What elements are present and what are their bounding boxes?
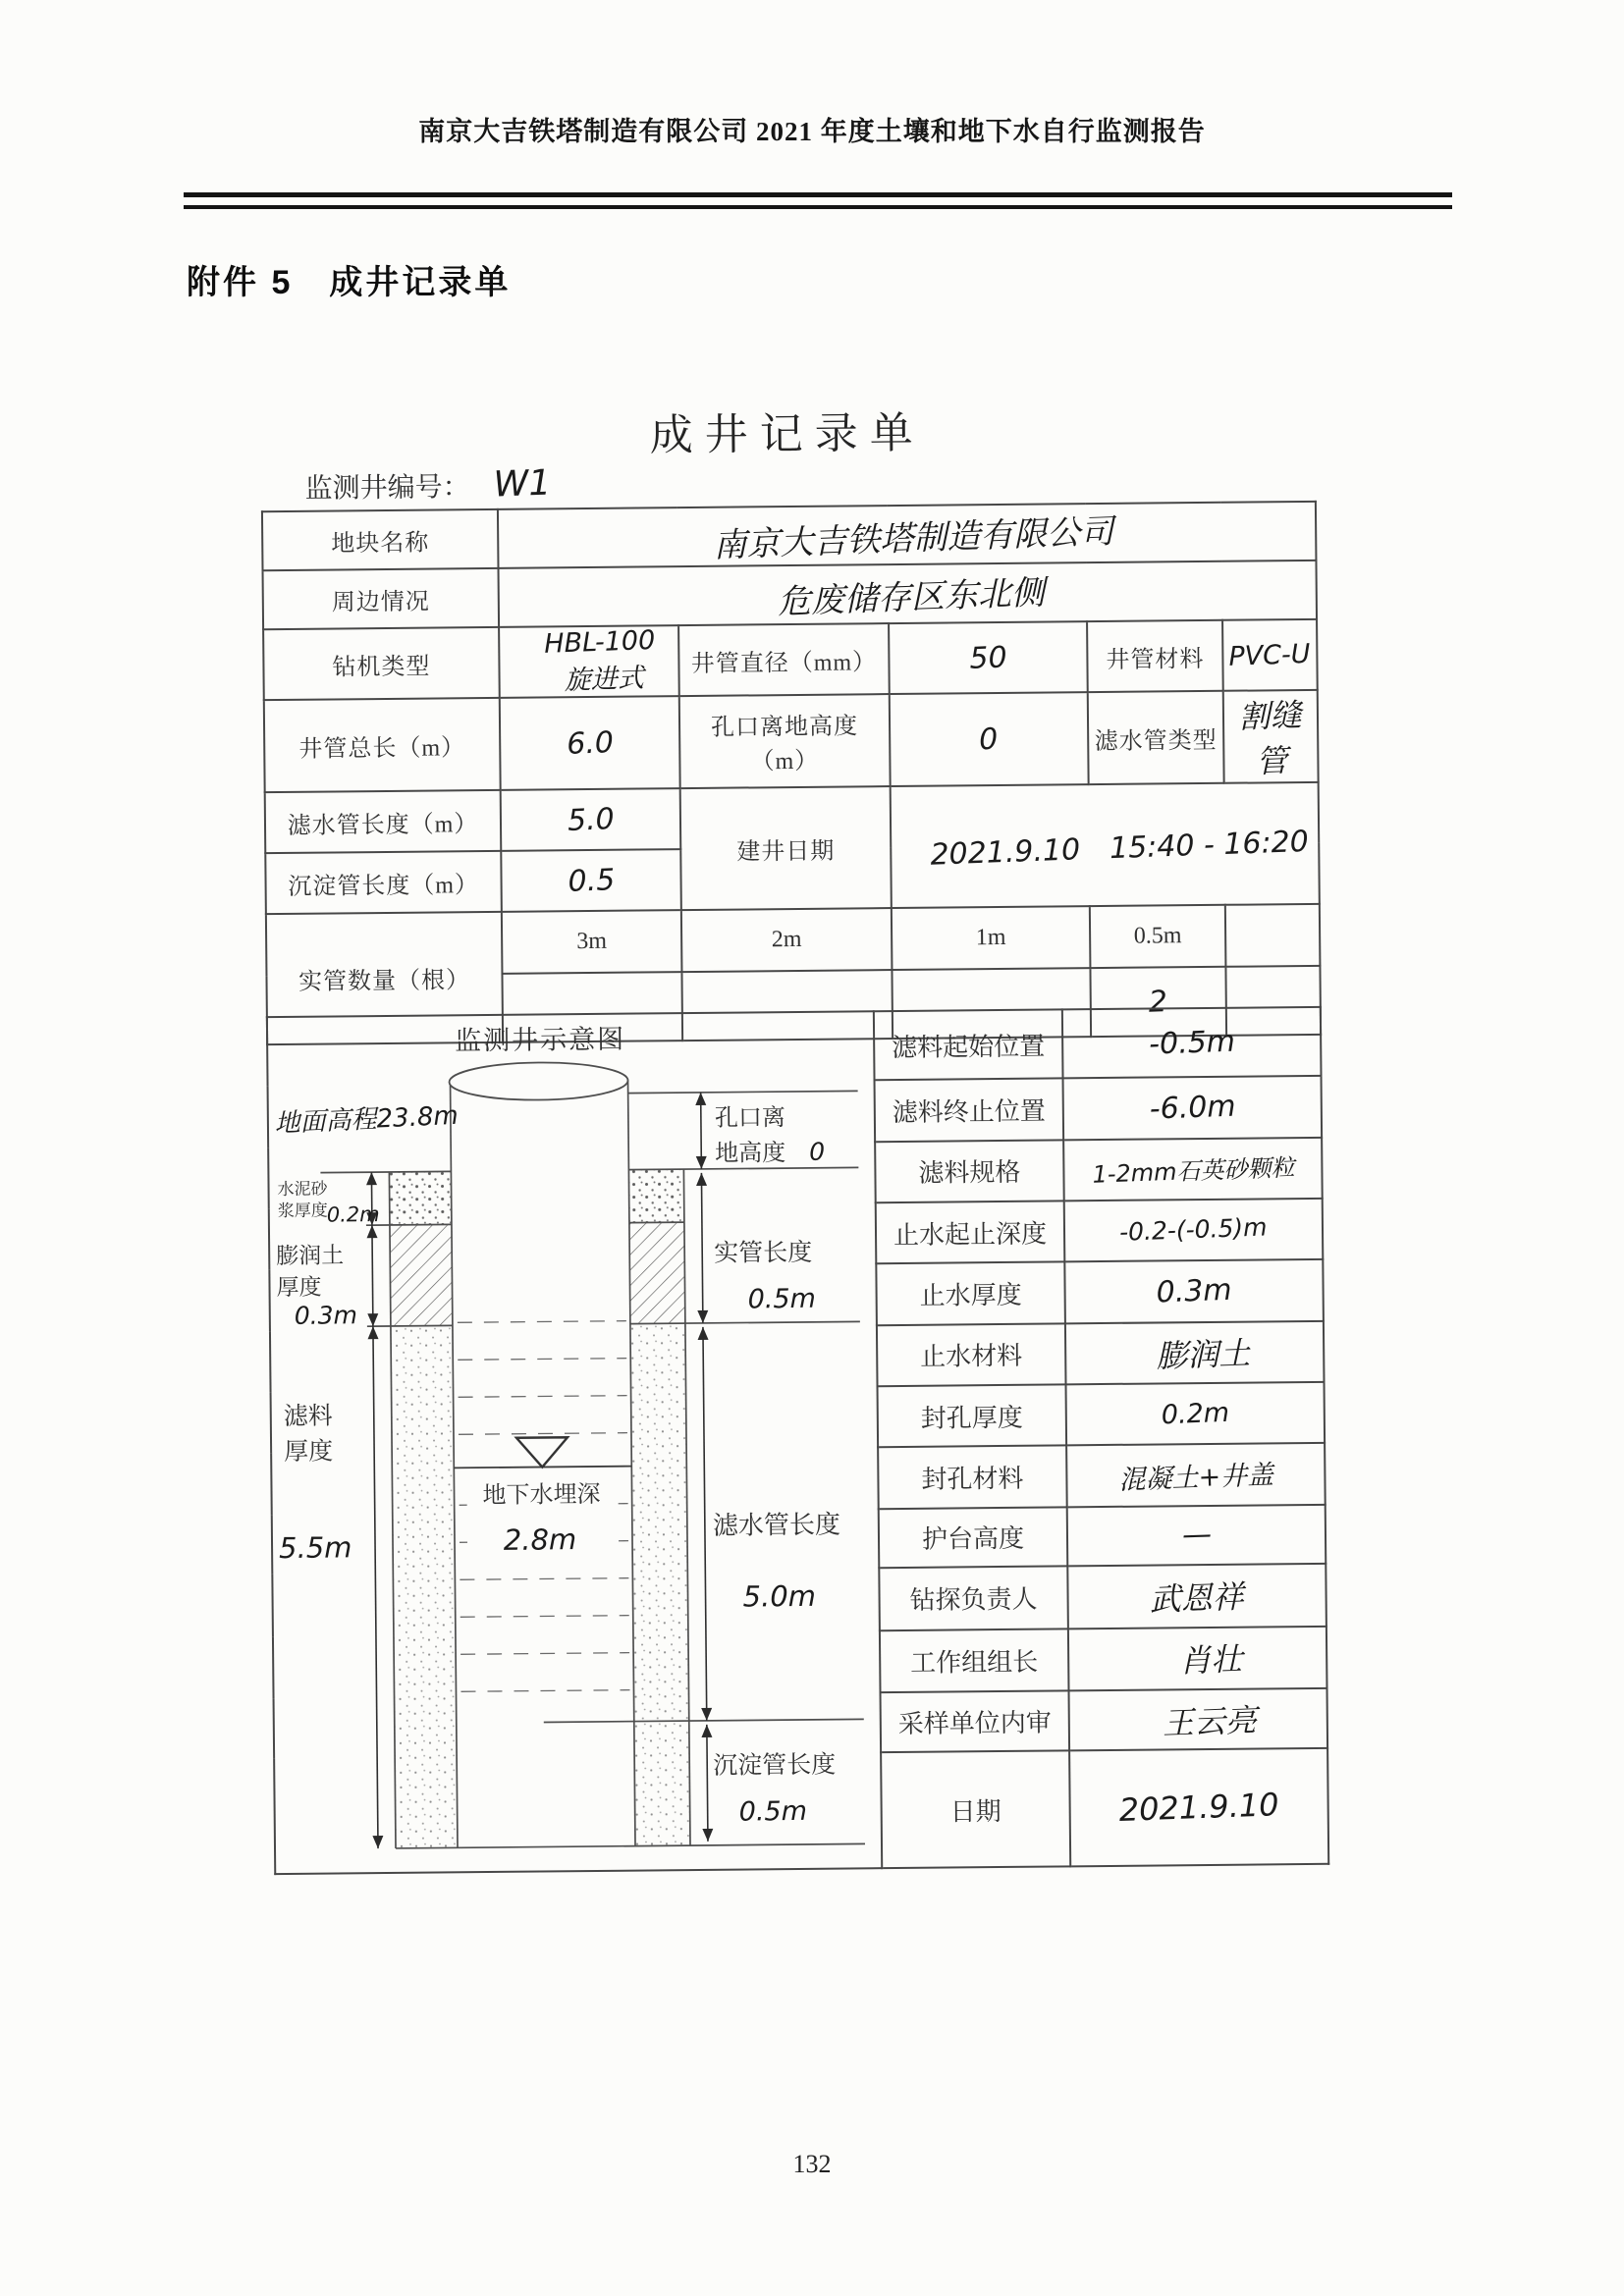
pipe-total-length-label: 井管总长（m） (264, 698, 501, 792)
bentonite-label-line2: 厚度 (276, 1275, 321, 1300)
cement-thickness-value: 0.2m (327, 1202, 380, 1227)
well-number-value: W1 (493, 463, 552, 506)
detail-value: 2021.9.10 (1118, 1786, 1279, 1829)
sediment-section-label: 沉淀管长度 (713, 1751, 836, 1780)
detail-value: 混凝土+井盖 (1117, 1453, 1273, 1497)
bentonite-label-line1: 膨润土 (276, 1243, 344, 1268)
well-diagram-cell: 监测井示意图 水泥砂 浆厚度 膨润土 厚度 滤料 厚度 孔口离 地高度 实管长度… (267, 1011, 882, 1874)
detail-value: 0.2m (1161, 1398, 1229, 1430)
settling-length-cell: 0.5 (501, 849, 681, 912)
filter-label-line1: 滤料 (284, 1403, 333, 1430)
detail-value-cell: 膨润土 (1065, 1321, 1325, 1385)
table-row: 地块名称 南京大吉铁塔制造有限公司 (262, 502, 1317, 570)
detail-value: 1-2mm石英砂颗粒 (1091, 1148, 1294, 1190)
settling-length-label: 沉淀管长度（m） (265, 851, 502, 914)
detail-value-cell: -0.2-(-0.5)m (1064, 1199, 1324, 1262)
screen-length-cell: 5.0 (501, 788, 681, 851)
site-name-value: 南京大吉铁塔制造有限公司 (712, 504, 1113, 566)
mouth-height-diagram-value: 0 (809, 1138, 825, 1166)
detail-value: — (1181, 1518, 1212, 1553)
detail-value-cell: 肖壮 (1068, 1626, 1327, 1690)
surroundings-value: 危废储存区东北侧 (776, 564, 1045, 622)
build-date-label: 建井日期 (680, 786, 892, 910)
well-detail-table: 监测井示意图 水泥砂 浆厚度 膨润土 厚度 滤料 厚度 孔口离 地高度 实管长度… (266, 1006, 1329, 1875)
detail-label: 日期 (881, 1751, 1070, 1869)
mouth-height-label: 孔口离地高度 （m） (679, 694, 891, 788)
detail-label: 滤料终止位置 (875, 1079, 1064, 1142)
page-number: 132 (0, 2150, 1624, 2179)
detail-value: 王云亮 (1162, 1695, 1258, 1743)
solid-pipe-header-empty (1225, 904, 1321, 967)
detail-value-cell: — (1067, 1505, 1326, 1567)
settling-length-value: 0.5 (568, 863, 616, 899)
pipe-material-cell: PVC-U (1222, 619, 1318, 691)
detail-value-cell: 0.3m (1064, 1259, 1324, 1323)
detail-value: 武恩祥 (1149, 1572, 1245, 1620)
detail-value-cell: 王云亮 (1069, 1688, 1328, 1751)
detail-value: -0.5m (1148, 1024, 1235, 1061)
build-date-cell: 2021.9.10 15:40 - 16:20 (891, 782, 1320, 908)
filter-label-line2: 厚度 (284, 1438, 333, 1466)
pipe-diameter-value: 50 (969, 640, 1007, 675)
surroundings-label: 周边情况 (263, 568, 500, 629)
site-name-label: 地块名称 (262, 509, 499, 570)
mouth-label-line2: 地高度 (715, 1140, 785, 1167)
detail-label: 滤料起始位置 (874, 1009, 1063, 1080)
detail-label: 封孔厚度 (878, 1384, 1067, 1447)
pipe-total-length-value: 6.0 (566, 725, 614, 762)
mouth-height-cell: 0 (890, 692, 1089, 786)
form-title: 成井记录单 (260, 394, 1315, 466)
detail-value-cell: 2021.9.10 (1069, 1748, 1328, 1866)
detail-label: 钻探负责人 (879, 1566, 1068, 1629)
rig-type-cell: HBL-100 旋进式 (499, 625, 679, 698)
cement-label-line2: 浆厚度 (278, 1201, 328, 1220)
screen-type-label: 滤水管类型 (1088, 691, 1224, 784)
pipe-total-length-cell: 6.0 (500, 696, 680, 790)
solid-section-label: 实管长度 (714, 1239, 812, 1267)
solid-pipe-header-3m: 3m (502, 910, 682, 974)
screen-type-cell: 割缝管 (1223, 690, 1319, 783)
detail-value: 膨润土 (1156, 1328, 1252, 1376)
table-row: 实管数量（根） 3m 2m 1m 0.5m (266, 904, 1321, 976)
pipe-material-label: 井管材料 (1087, 620, 1223, 692)
well-info-table: 地块名称 南京大吉铁塔制造有限公司 周边情况 危废储存区东北侧 钻机类型 HBL… (261, 501, 1322, 1045)
well-number-line: 监测井编号：W1 (304, 463, 551, 506)
detail-value: 肖壮 (1179, 1634, 1244, 1682)
solid-pipe-header-2m: 2m (681, 908, 893, 972)
screen-length-label: 滤水管长度（m） (265, 790, 502, 853)
screen-length-value: 5.0 (567, 802, 615, 838)
surroundings-cell: 危废储存区东北侧 (499, 561, 1318, 627)
table-row: 钻机类型 HBL-100 旋进式 井管直径（mm） 50 井管材料 PVC-U (263, 619, 1318, 700)
water-table-icon (516, 1437, 568, 1467)
detail-value: 0.3m (1156, 1273, 1232, 1310)
screen-section-label: 滤水管长度 (713, 1511, 840, 1540)
bentonite-thickness-value: 0.3m (295, 1301, 357, 1330)
detail-value-cell: 武恩祥 (1067, 1564, 1326, 1629)
cement-label-line1: 水泥砂 (277, 1180, 328, 1199)
detail-label: 采样单位内审 (881, 1690, 1070, 1752)
detail-value-cell: 1-2mm石英砂颗粒 (1063, 1138, 1323, 1201)
table-row: 滤水管长度（m） 5.0 建井日期 2021.9.10 15:40 - 16:2… (265, 782, 1320, 853)
detail-label: 工作组组长 (880, 1629, 1069, 1692)
ground-elevation-value: 地面高程23.8m (274, 1101, 459, 1139)
pipe-diameter-cell: 50 (889, 621, 1088, 694)
document-page: 南京大吉铁塔制造有限公司 2021 年度土壤和地下水自行监测报告 附件 5 成井… (0, 0, 1624, 2296)
detail-value: -0.2-(-0.5)m (1119, 1213, 1268, 1247)
detail-label: 封孔材料 (878, 1446, 1067, 1509)
table-row: 监测井示意图 水泥砂 浆厚度 膨润土 厚度 滤料 厚度 孔口离 地高度 实管长度… (267, 1007, 1322, 1087)
detail-label: 止水材料 (877, 1323, 1066, 1386)
pipe-diameter-label: 井管直径（mm） (678, 623, 890, 696)
diagram-title: 监测井示意图 (455, 1025, 625, 1056)
detail-value: -6.0m (1149, 1090, 1236, 1127)
detail-label: 止水厚度 (876, 1262, 1065, 1325)
screen-type-value: 割缝管 (1227, 690, 1315, 783)
well-number-label: 监测井编号： (305, 472, 470, 505)
rig-type-label: 钻机类型 (263, 627, 500, 700)
table-row: 井管总长（m） 6.0 孔口离地高度 （m） 0 滤水管类型 割缝管 (264, 690, 1319, 792)
scanned-form: 成井记录单 监测井编号：W1 地块名称 南京大吉铁塔制造有限公司 周边情况 危废… (0, 0, 1624, 2296)
build-date-value: 2021.9.10 15:40 - 16:20 (930, 817, 1310, 874)
sediment-length-value: 0.5m (739, 1796, 808, 1828)
pipe-mouth-ellipse (449, 1062, 627, 1101)
water-depth-label: 地下水埋深 (482, 1481, 600, 1509)
rig-type-value-line2: 旋进式 (533, 655, 675, 698)
solid-length-value: 0.5m (748, 1284, 817, 1315)
table-row: 周边情况 危废储存区东北侧 (263, 561, 1318, 629)
filter-thickness-value: 5.5m (279, 1530, 352, 1565)
detail-label: 止水起止深度 (876, 1201, 1065, 1263)
mouth-height-value: 0 (979, 721, 999, 757)
detail-label: 护台高度 (879, 1507, 1068, 1568)
detail-value-cell: -0.5m (1062, 1007, 1322, 1079)
solid-pipe-header-05m: 0.5m (1090, 905, 1226, 968)
pipe-material-value: PVC-U (1228, 638, 1311, 671)
detail-label: 滤料规格 (875, 1140, 1064, 1202)
well-schematic-diagram: 监测井示意图 水泥砂 浆厚度 膨润土 厚度 滤料 厚度 孔口离 地高度 实管长度… (272, 1012, 882, 1866)
solid-pipe-header-1m: 1m (892, 906, 1091, 970)
detail-value-cell: 混凝土+井盖 (1066, 1443, 1326, 1507)
water-depth-value: 2.8m (504, 1522, 577, 1557)
detail-value-cell: -6.0m (1063, 1076, 1323, 1140)
detail-value-cell: 0.2m (1066, 1382, 1326, 1446)
mouth-label-line1: 孔口离 (715, 1104, 785, 1132)
screen-length-diagram-value: 5.0m (742, 1579, 816, 1614)
site-name-cell: 南京大吉铁塔制造有限公司 (498, 502, 1317, 568)
